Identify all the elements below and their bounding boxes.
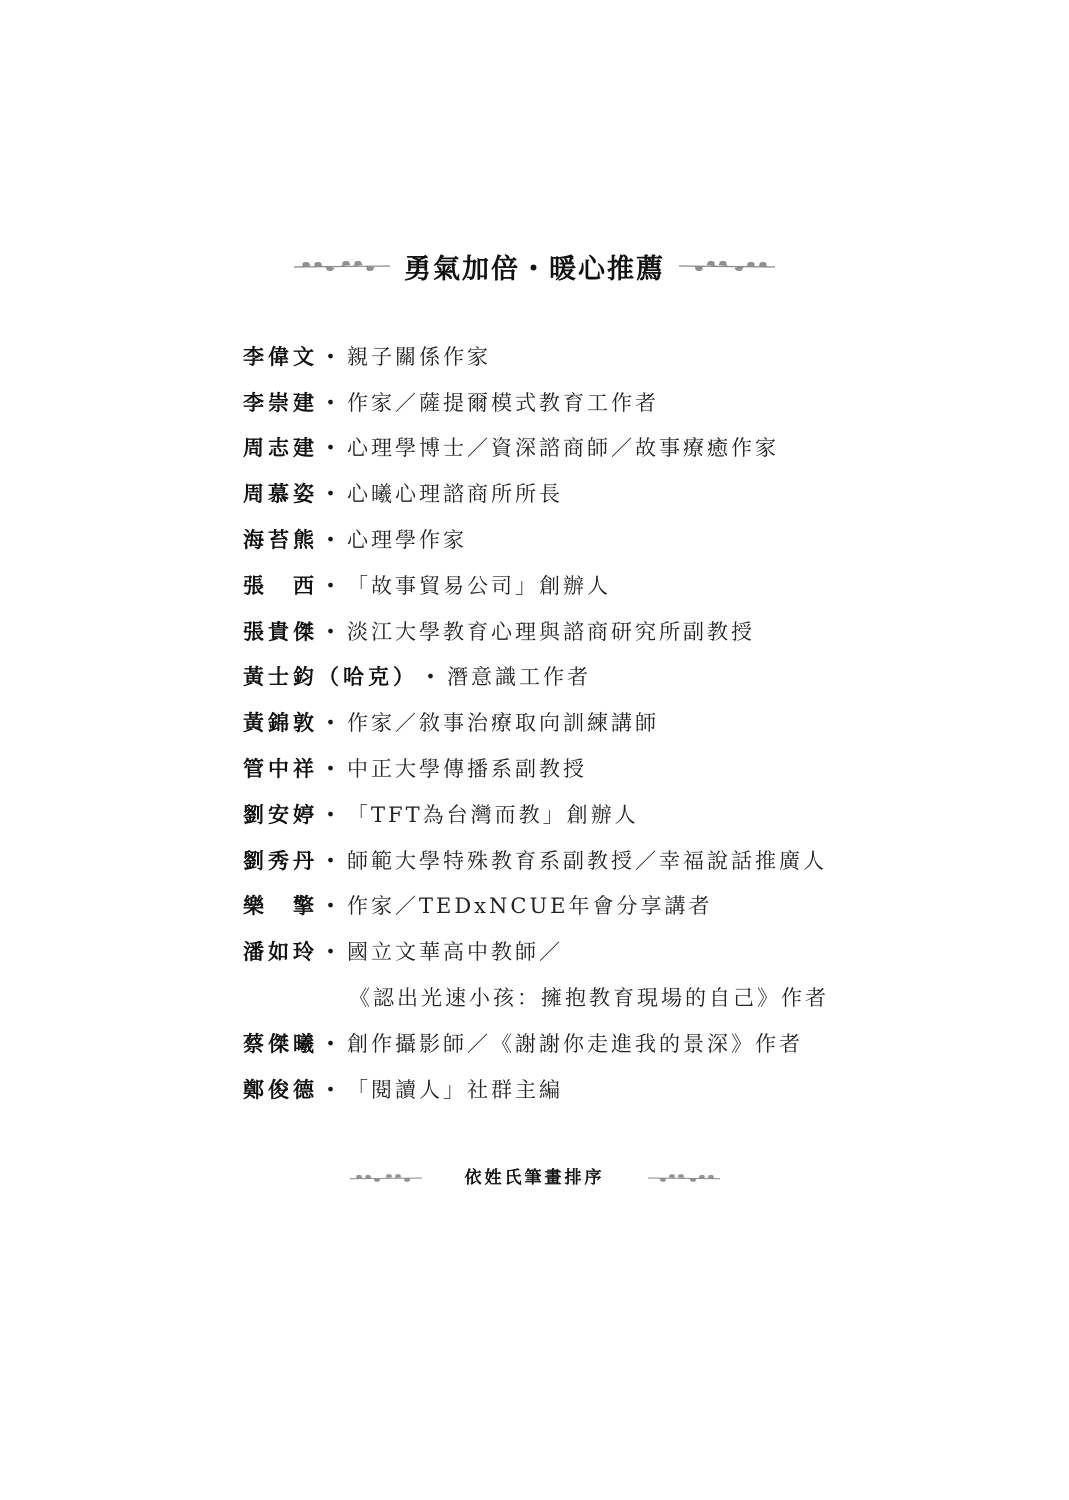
list-item: 劉秀丹・師範大學特殊教育系副教授／幸福說話推廣人: [243, 837, 943, 883]
list-item: 張貴傑・淡江大學教育心理與諮商研究所副教授: [243, 608, 943, 654]
recommender-title: 淡江大學教育心理與諮商研究所副教授: [347, 616, 755, 646]
list-item: 周慕姿・心曦心理諮商所所長: [243, 470, 943, 516]
recommender-title: 「TFT為台灣而教」創辦人: [347, 799, 639, 829]
list-item: 潘如玲・國立文華高中教師／: [243, 928, 943, 974]
recommender-name: 黃士鈞（哈克）: [243, 661, 418, 691]
list-item: 鄭俊德・「閱讀人」社群主編: [243, 1066, 943, 1112]
separator: ・: [420, 661, 441, 691]
recommender-title: 心理學作家: [347, 524, 467, 554]
recommender-title: 親子關係作家: [347, 341, 491, 371]
recommender-name: 李崇建: [243, 387, 318, 417]
recommender-title: 「閱讀人」社群主編: [347, 1074, 563, 1104]
list-item: 張 西・「故事貿易公司」創辦人: [243, 562, 943, 608]
separator: ・: [320, 387, 341, 417]
separator: ・: [320, 524, 341, 554]
list-item: 海苔熊・心理學作家: [243, 516, 943, 562]
recommender-title: 作家／敘事治療取向訓練講師: [347, 707, 659, 737]
list-item: 黃士鈞（哈克）・潛意識工作者: [243, 654, 943, 700]
separator: ・: [320, 845, 341, 875]
recommender-name: 張貴傑: [243, 616, 318, 646]
recommender-name: 李偉文: [243, 341, 318, 371]
separator: ・: [320, 753, 341, 783]
separator: ・: [320, 341, 341, 371]
separator: ・: [320, 432, 341, 462]
separator: ・: [320, 1028, 341, 1058]
recommender-title: 心理學博士／資深諮商師／故事療癒作家: [347, 432, 779, 462]
vine-right-icon: [677, 258, 777, 274]
separator: ・: [320, 478, 341, 508]
list-item: 蔡傑曦・創作攝影師／《謝謝你走進我的景深》作者: [243, 1020, 943, 1066]
separator: ・: [320, 616, 341, 646]
recommender-title: 作家／薩提爾模式教育工作者: [347, 387, 659, 417]
recommender-title: 國立文華高中教師／: [347, 936, 563, 966]
recommender-name: 周志建: [243, 432, 318, 462]
recommender-name: 張 西: [243, 570, 318, 600]
recommender-list: 李偉文・親子關係作家 李崇建・作家／薩提爾模式教育工作者 周志建・心理學博士／資…: [243, 333, 943, 1112]
separator: ・: [320, 936, 341, 966]
list-item: 李崇建・作家／薩提爾模式教育工作者: [243, 379, 943, 425]
recommender-title: 作家／TEDxNCUE年會分享講者: [347, 890, 713, 920]
recommender-name: 劉秀丹: [243, 845, 318, 875]
section-header: 勇氣加倍・暖心推薦: [0, 244, 1069, 288]
recommender-title: 心曦心理諮商所所長: [347, 478, 563, 508]
list-item: 周志建・心理學博士／資深諮商師／故事療癒作家: [243, 425, 943, 471]
separator: ・: [320, 707, 341, 737]
footer: 依姓氏筆畫排序: [0, 1160, 1069, 1190]
vine-left-icon: [292, 258, 392, 274]
recommender-name: 黃錦敦: [243, 707, 318, 737]
recommender-name: 樂 擎: [243, 890, 318, 920]
recommender-name: 周慕姿: [243, 478, 318, 508]
recommender-title: 中正大學傳播系副教授: [347, 753, 587, 783]
separator: ・: [320, 799, 341, 829]
separator: ・: [320, 570, 341, 600]
recommender-title: 潛意識工作者: [447, 661, 591, 691]
list-item: 李偉文・親子關係作家: [243, 333, 943, 379]
list-item: 管中祥・中正大學傳播系副教授: [243, 745, 943, 791]
recommender-name: 劉安婷: [243, 799, 318, 829]
list-item-continuation: 《認出光速小孩：擁抱教育現場的自己》作者: [243, 974, 943, 1020]
recommender-name: 蔡傑曦: [243, 1028, 318, 1058]
recommender-title: 師範大學特殊教育系副教授／幸福說話推廣人: [347, 845, 827, 875]
vine-left-icon: [331, 1169, 441, 1181]
recommender-name: 鄭俊德: [243, 1074, 318, 1104]
recommender-name: 管中祥: [243, 753, 318, 783]
list-item: 樂 擎・作家／TEDxNCUE年會分享講者: [243, 883, 943, 929]
list-item: 黃錦敦・作家／敘事治療取向訓練講師: [243, 699, 943, 745]
recommender-name: 潘如玲: [243, 936, 318, 966]
recommender-title: 「故事貿易公司」創辦人: [347, 570, 611, 600]
recommender-name: 海苔熊: [243, 524, 318, 554]
list-item: 劉安婷・「TFT為台灣而教」創辦人: [243, 791, 943, 837]
sort-note: 依姓氏筆畫排序: [465, 1163, 605, 1188]
recommender-title: 創作攝影師／《謝謝你走進我的景深》作者: [347, 1028, 803, 1058]
recommender-title-continued: 《認出光速小孩：擁抱教育現場的自己》作者: [349, 982, 829, 1012]
separator: ・: [320, 890, 341, 920]
page-title: 勇氣加倍・暖心推薦: [404, 247, 665, 286]
vine-right-icon: [629, 1169, 739, 1181]
separator: ・: [320, 1074, 341, 1104]
